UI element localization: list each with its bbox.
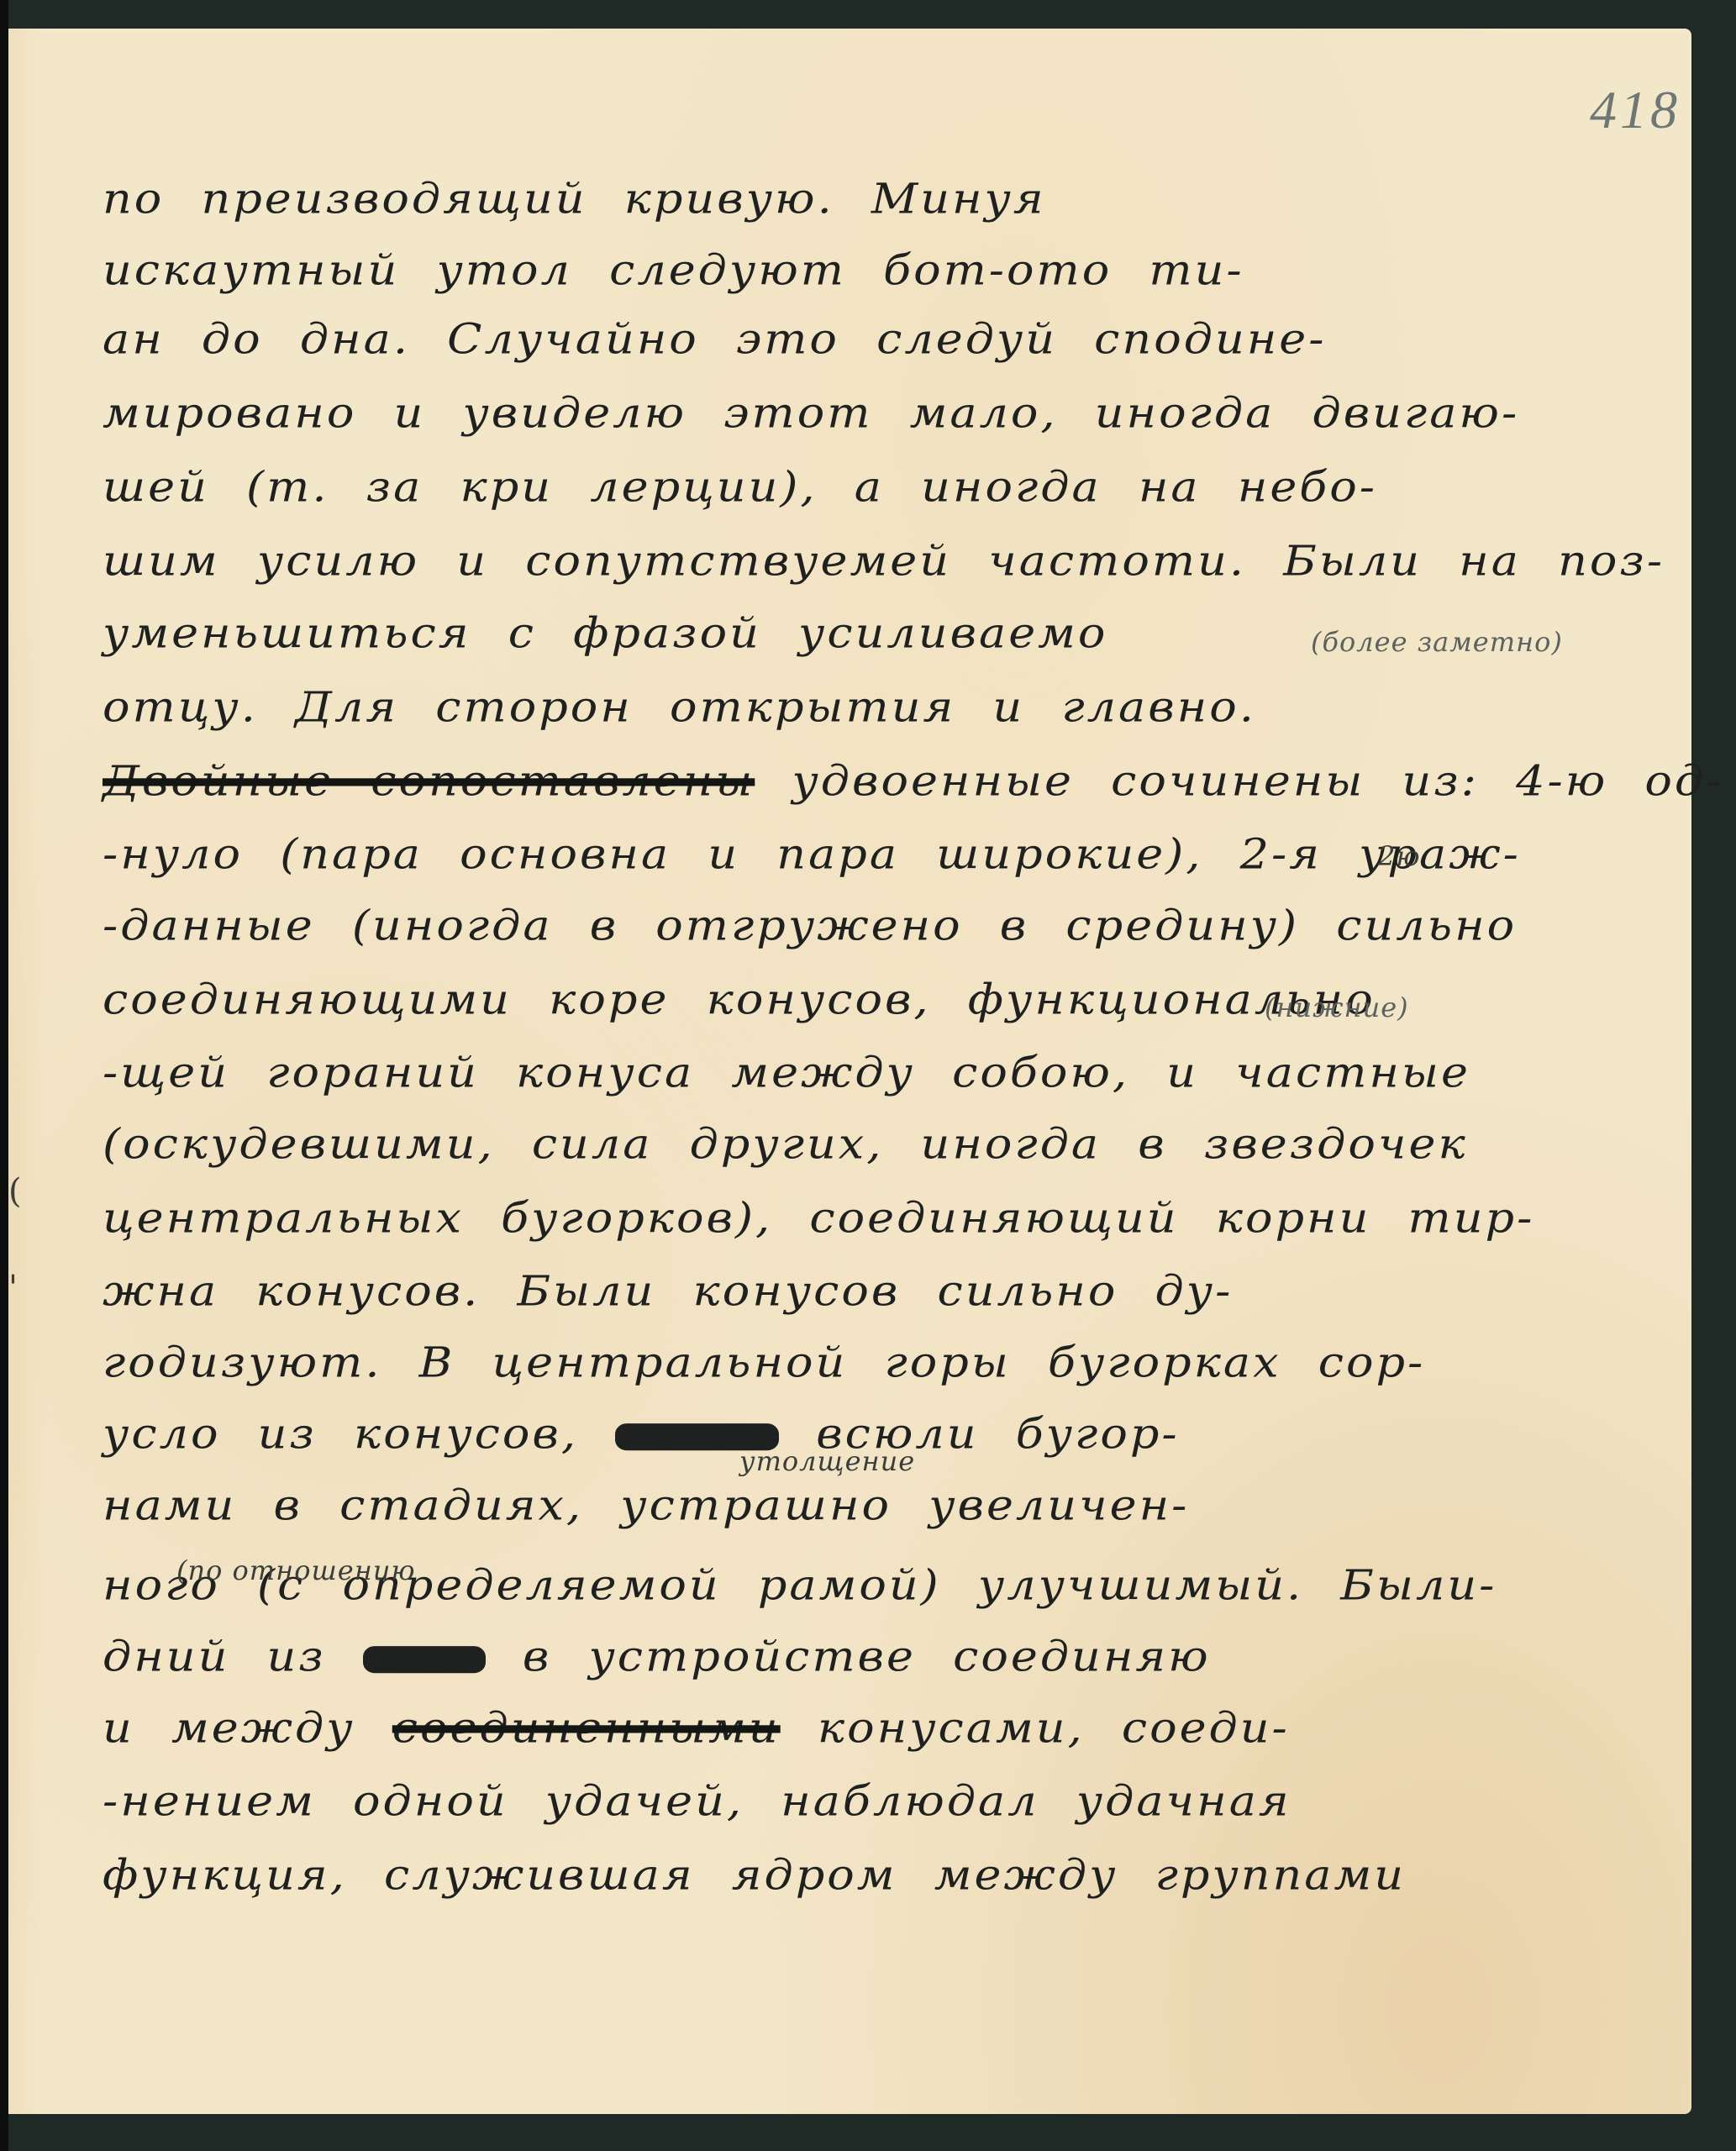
manuscript-line: годизуют. В центральной горы бугорках со… <box>103 1338 1691 1387</box>
manuscript-line: шей (т. за кри лерции), а иногда на небо… <box>103 463 1691 512</box>
manuscript-line: функция, служившая ядром между группами <box>103 1851 1691 1900</box>
line-text: в устройстве соединяю <box>486 1633 1211 1681</box>
struck-out-word: Двойные сопоставлены <box>103 757 755 806</box>
interlinear-insertion: 2ю <box>1378 840 1421 872</box>
manuscript-line: -нением одной удачей, наблюдал удачная <box>103 1777 1691 1826</box>
margin-mark: ( <box>8 1172 22 1211</box>
line-text: удвоенные сочинены из: 4-ю од- <box>755 757 1723 806</box>
manuscript-line: центральных бугорков), соединяющий корни… <box>103 1194 1691 1243</box>
manuscript-line: шим усилю и сопутствуемей частоти. Были … <box>103 537 1691 586</box>
manuscript-line: дний из зачерк в устройстве соединяю <box>103 1633 1691 1681</box>
manuscript-line: (оскудевшими, сила других, иногда в звез… <box>103 1120 1691 1169</box>
manuscript-line: по преизводящий кривую. Минуя <box>103 175 1691 224</box>
scan-edge-strip <box>0 0 8 2151</box>
manuscript-line: -щей гораний конуса между собою, и частн… <box>103 1049 1691 1097</box>
manuscript-line: мировано и увиделю этот мало, иногда дви… <box>103 389 1691 438</box>
struck-out-word: соединенными <box>392 1704 781 1753</box>
manuscript-line: и между соединенными конусами, соеди- <box>103 1704 1691 1753</box>
handwritten-text-block: по преизводящий кривую. Минуяискаутный у… <box>8 29 1691 2114</box>
manuscript-line: соединяющими коре конусов, функционально <box>103 976 1691 1024</box>
manuscript-page: 418 по преизводящий кривую. Минуяискаутн… <box>8 29 1691 2114</box>
struck-out-word: зачерк <box>363 1646 486 1673</box>
margin-mark: ' <box>8 1269 18 1307</box>
manuscript-line: отцу. Для сторон открытия и главно. <box>103 683 1691 732</box>
interlinear-insertion: утолщение <box>739 1445 915 1477</box>
interlinear-insertion: (по отношению <box>176 1554 416 1586</box>
manuscript-line: Двойные сопоставлены удвоенные сочинены … <box>103 757 1691 806</box>
manuscript-line: нами в стадиях, устрашно увеличен- <box>103 1481 1691 1530</box>
manuscript-line: -нуло (пара основна и пара широкие), 2-я… <box>103 830 1691 879</box>
interlinear-insertion: (более заметно) <box>1311 626 1563 658</box>
line-text: дний из <box>103 1633 363 1681</box>
manuscript-line: жна конусов. Были конусов сильно ду- <box>103 1267 1691 1316</box>
manuscript-line: ан до дна. Случайно это следуй сподине- <box>103 315 1691 364</box>
manuscript-line: -данные (иногда в отгружено в средину) с… <box>103 902 1691 950</box>
line-text: усло из конусов, <box>103 1410 615 1459</box>
line-text: и между <box>103 1704 392 1753</box>
line-text: конусами, соеди- <box>781 1704 1290 1753</box>
interlinear-insertion: (нижние) <box>1265 991 1409 1023</box>
manuscript-line: искаутный утол следуют бот-ото ти- <box>103 246 1691 295</box>
